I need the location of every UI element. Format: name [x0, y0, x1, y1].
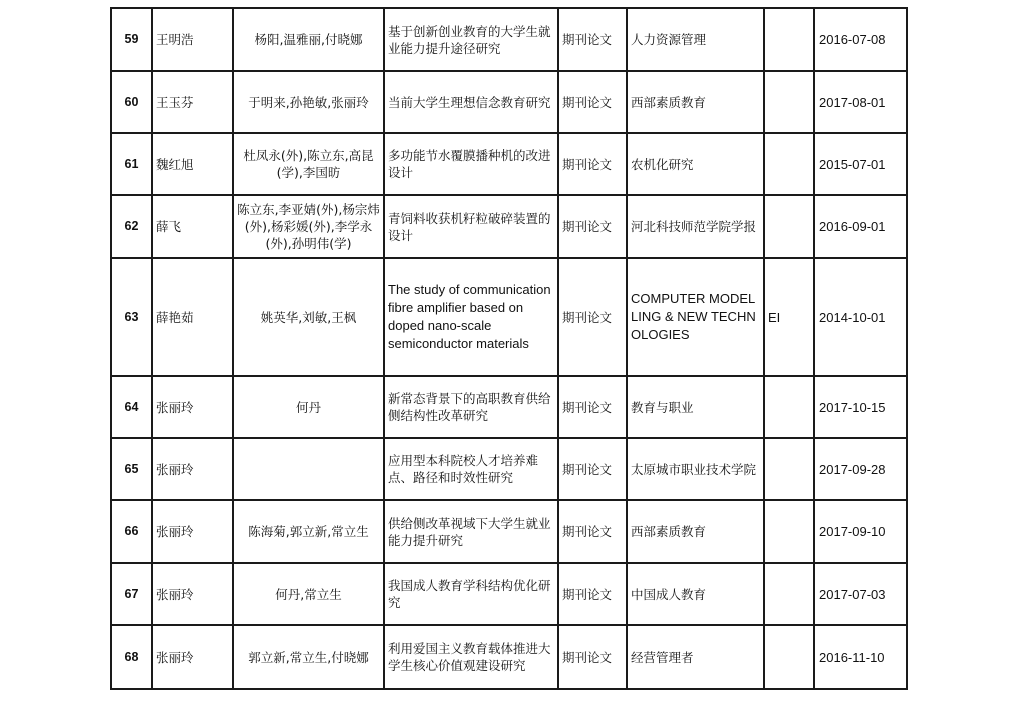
table-row: 66 张丽玲 陈海菊,郭立新,常立生 供给侧改革视域下大学生就业能力提升研究 期…	[111, 500, 907, 563]
first-author: 薛艳茹	[152, 258, 233, 376]
publish-date: 2017-09-28	[814, 438, 907, 500]
row-number: 61	[111, 133, 152, 195]
publish-date: 2017-10-15	[814, 376, 907, 438]
paper-title: 我国成人教育学科结构优化研究	[384, 563, 558, 625]
table-row: 67 张丽玲 何丹,常立生 我国成人教育学科结构优化研究 期刊论文 中国成人教育…	[111, 563, 907, 625]
index-type	[764, 500, 814, 563]
row-number: 64	[111, 376, 152, 438]
journal-name: 中国成人教育	[627, 563, 764, 625]
first-author: 王玉芬	[152, 71, 233, 133]
index-type: EI	[764, 258, 814, 376]
journal-name: 人力资源管理	[627, 8, 764, 71]
co-authors: 陈海菊,郭立新,常立生	[233, 500, 384, 563]
table-row: 62 薛飞 陈立东,李亚婧(外),杨宗炜(外),杨彩媛(外),李学永(外),孙明…	[111, 195, 907, 258]
journal-name: 西部素质教育	[627, 71, 764, 133]
paper-type: 期刊论文	[558, 438, 627, 500]
journal-name: COMPUTER MODELLING & NEW TECHNOLOGIES	[627, 258, 764, 376]
row-number: 59	[111, 8, 152, 71]
paper-title: 新常态背景下的高职教育供给侧结构性改革研究	[384, 376, 558, 438]
index-type	[764, 195, 814, 258]
publish-date: 2017-07-03	[814, 563, 907, 625]
paper-type: 期刊论文	[558, 258, 627, 376]
table-row: 64 张丽玲 何丹 新常态背景下的高职教育供给侧结构性改革研究 期刊论文 教育与…	[111, 376, 907, 438]
table-row: 60 王玉芬 于明来,孙艳敏,张丽玲 当前大学生理想信念教育研究 期刊论文 西部…	[111, 71, 907, 133]
row-number: 60	[111, 71, 152, 133]
index-type	[764, 563, 814, 625]
first-author: 张丽玲	[152, 438, 233, 500]
index-type	[764, 376, 814, 438]
table-row: 68 张丽玲 郭立新,常立生,付晓娜 利用爱国主义教育载体推进大学生核心价值观建…	[111, 625, 907, 689]
row-number: 66	[111, 500, 152, 563]
journal-name: 太原城市职业技术学院	[627, 438, 764, 500]
paper-type: 期刊论文	[558, 195, 627, 258]
publish-date: 2016-07-08	[814, 8, 907, 71]
row-number: 68	[111, 625, 152, 689]
co-authors: 郭立新,常立生,付晓娜	[233, 625, 384, 689]
paper-type: 期刊论文	[558, 71, 627, 133]
paper-title: 基于创新创业教育的大学生就业能力提升途径研究	[384, 8, 558, 71]
paper-title: 应用型本科院校人才培养难点、路径和时效性研究	[384, 438, 558, 500]
publish-date: 2016-09-01	[814, 195, 907, 258]
row-number: 67	[111, 563, 152, 625]
first-author: 张丽玲	[152, 563, 233, 625]
index-type	[764, 438, 814, 500]
journal-name: 经营管理者	[627, 625, 764, 689]
first-author: 张丽玲	[152, 500, 233, 563]
paper-title: The study of communication fibre amplifi…	[384, 258, 558, 376]
first-author: 薛飞	[152, 195, 233, 258]
first-author: 张丽玲	[152, 376, 233, 438]
first-author: 魏红旭	[152, 133, 233, 195]
table-row: 61 魏红旭 杜凤永(外),陈立东,高昆(学),李国昉 多功能节水覆膜播种机的改…	[111, 133, 907, 195]
journal-name: 教育与职业	[627, 376, 764, 438]
row-number: 65	[111, 438, 152, 500]
paper-type: 期刊论文	[558, 500, 627, 563]
co-authors	[233, 438, 384, 500]
paper-type: 期刊论文	[558, 563, 627, 625]
row-number: 62	[111, 195, 152, 258]
co-authors: 于明来,孙艳敏,张丽玲	[233, 71, 384, 133]
paper-title: 青饲料收获机籽粒破碎装置的设计	[384, 195, 558, 258]
paper-type: 期刊论文	[558, 625, 627, 689]
paper-title: 供给侧改革视域下大学生就业能力提升研究	[384, 500, 558, 563]
co-authors: 姚英华,刘敏,王枫	[233, 258, 384, 376]
index-type	[764, 625, 814, 689]
publish-date: 2016-11-10	[814, 625, 907, 689]
paper-title: 当前大学生理想信念教育研究	[384, 71, 558, 133]
paper-type: 期刊论文	[558, 133, 627, 195]
publish-date: 2014-10-01	[814, 258, 907, 376]
paper-title: 多功能节水覆膜播种机的改进设计	[384, 133, 558, 195]
co-authors: 杜凤永(外),陈立东,高昆(学),李国昉	[233, 133, 384, 195]
publications-table: 59 王明浩 杨阳,温雅丽,付晓娜 基于创新创业教育的大学生就业能力提升途径研究…	[110, 7, 908, 690]
index-type	[764, 133, 814, 195]
publish-date: 2017-09-10	[814, 500, 907, 563]
co-authors: 陈立东,李亚婧(外),杨宗炜(外),杨彩媛(外),李学永(外),孙明伟(学)	[233, 195, 384, 258]
journal-name: 西部素质教育	[627, 500, 764, 563]
journal-name: 农机化研究	[627, 133, 764, 195]
first-author: 张丽玲	[152, 625, 233, 689]
index-type	[764, 71, 814, 133]
index-type	[764, 8, 814, 71]
paper-type: 期刊论文	[558, 376, 627, 438]
co-authors: 何丹	[233, 376, 384, 438]
paper-title: 利用爱国主义教育载体推进大学生核心价值观建设研究	[384, 625, 558, 689]
table-row: 65 张丽玲 应用型本科院校人才培养难点、路径和时效性研究 期刊论文 太原城市职…	[111, 438, 907, 500]
publish-date: 2017-08-01	[814, 71, 907, 133]
row-number: 63	[111, 258, 152, 376]
table-row: 63 薛艳茹 姚英华,刘敏,王枫 The study of communicat…	[111, 258, 907, 376]
publish-date: 2015-07-01	[814, 133, 907, 195]
paper-type: 期刊论文	[558, 8, 627, 71]
journal-name: 河北科技师范学院学报	[627, 195, 764, 258]
table-row: 59 王明浩 杨阳,温雅丽,付晓娜 基于创新创业教育的大学生就业能力提升途径研究…	[111, 8, 907, 71]
first-author: 王明浩	[152, 8, 233, 71]
co-authors: 杨阳,温雅丽,付晓娜	[233, 8, 384, 71]
co-authors: 何丹,常立生	[233, 563, 384, 625]
